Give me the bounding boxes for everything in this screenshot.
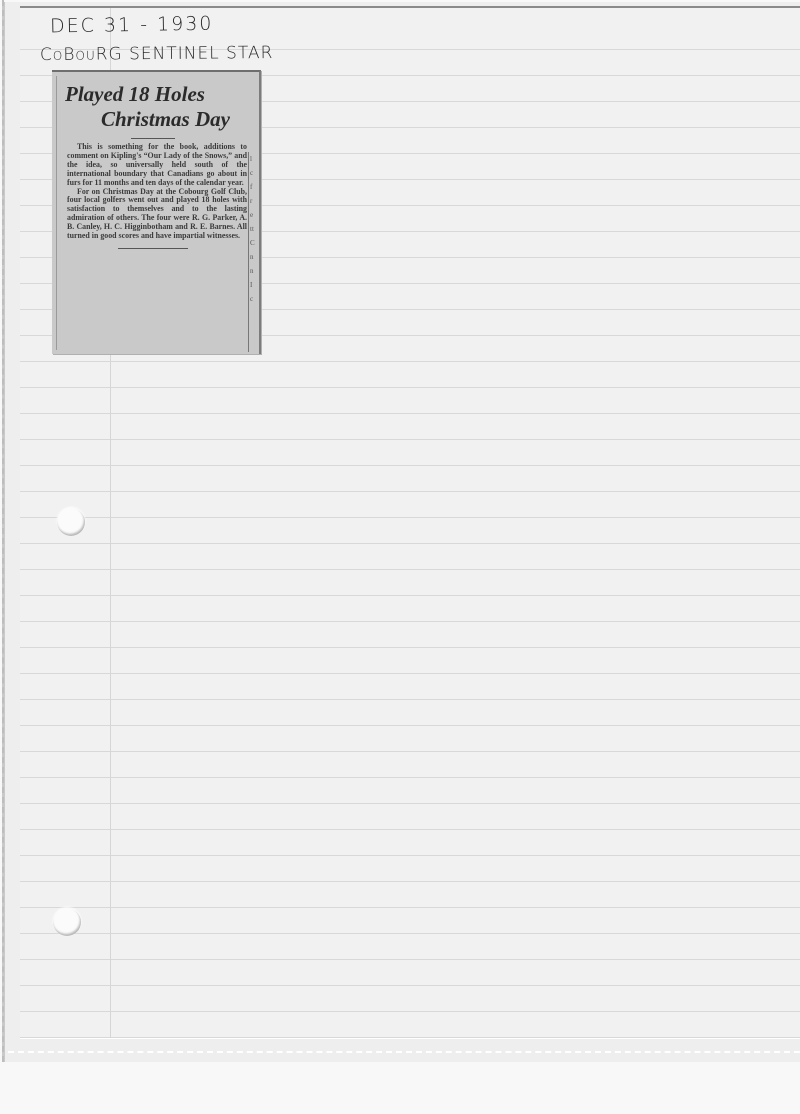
fragment-char: I: [250, 278, 258, 292]
fragment-char: tt: [250, 222, 258, 236]
fragment-char: e: [250, 208, 258, 222]
article-body: This is something for the book, addition…: [57, 143, 249, 241]
clipping-column: Played 18 Holes Christmas Day This is so…: [56, 76, 249, 350]
headline-line-2: Christmas Day: [65, 107, 249, 132]
sheet-protector-binding-edge: [2, 0, 7, 1062]
punch-hole-lower: [53, 908, 81, 936]
handwritten-source: CoBouRG SENTINEL STAR: [40, 43, 274, 65]
clipping-headline: Played 18 Holes Christmas Day: [65, 82, 249, 132]
fragment-char: c: [250, 166, 258, 180]
article-end-rule: [118, 248, 188, 249]
fragment-char: f: [250, 180, 258, 194]
punch-hole-upper: [57, 508, 85, 536]
article-paragraph: This is something for the book, addition…: [67, 143, 247, 188]
fragment-char: C: [250, 236, 258, 250]
article-paragraph: For on Christmas Day at the Cobourg Golf…: [67, 188, 247, 241]
headline-rule: [131, 138, 175, 139]
fragment-char: r: [250, 194, 258, 208]
fragment-char: n: [250, 250, 258, 264]
sheet-protector-perforation: [8, 1051, 800, 1053]
fragment-char: n: [250, 264, 258, 278]
newspaper-clipping: Played 18 Holes Christmas Day This is so…: [52, 70, 261, 354]
handwritten-date: DEC 31 - 1930: [50, 13, 214, 38]
adjacent-column-fragment: lcfrettCnnIc: [248, 152, 258, 352]
fragment-char: c: [250, 292, 258, 306]
fragment-char: l: [250, 152, 258, 166]
headline-line-1: Played 18 Holes: [65, 82, 205, 106]
